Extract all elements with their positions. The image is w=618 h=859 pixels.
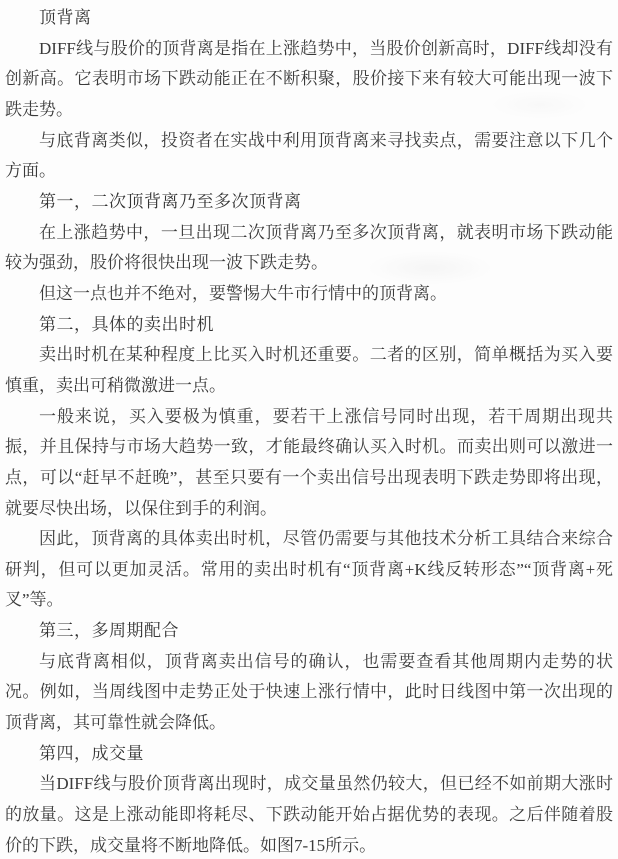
- paragraph: 但这一点也并不绝对，要警惕大牛市行情中的顶背离。: [5, 279, 613, 310]
- paragraph: 在上涨趋势中，一旦出现二次顶背离乃至多次顶背离，就表明市场下跌动能较为强劲，股价…: [5, 218, 613, 279]
- paragraph: 一般来说，买入要极为慎重，要若干上涨信号同时出现，若干周期出现共振，并且保持与市…: [5, 402, 613, 525]
- paragraph: 与底背离相似，顶背离卖出信号的确认，也需要查看其他周期内走势的状况。例如，当周线…: [5, 647, 613, 739]
- paragraph: DIFF线与股价的顶背离是指在上涨趋势中，当股价创新高时，DIFF线却没有创新高…: [5, 34, 613, 126]
- document-page: 顶背离 DIFF线与股价的顶背离是指在上涨趋势中，当股价创新高时，DIFF线却没…: [0, 0, 618, 859]
- section-heading-4: 第四，成交量: [5, 739, 613, 770]
- section-heading-3: 第三，多周期配合: [5, 616, 613, 647]
- document-title: 顶背离: [5, 3, 613, 34]
- paragraph: 与底背离类似，投资者在实战中利用顶背离来寻找卖点，需要注意以下几个方面。: [5, 126, 613, 187]
- paragraph: 因此，顶背离的具体卖出时机，尽管仍需要与其他技术分析工具结合来综合研判，但可以更…: [5, 524, 613, 616]
- paragraph: 卖出时机在某种程度上比买入时机还重要。二者的区别，简单概括为买入要慎重，卖出可稍…: [5, 340, 613, 401]
- section-heading-2: 第二，具体的卖出时机: [5, 310, 613, 341]
- paragraph: 当DIFF线与股价顶背离出现时，成交量虽然仍较大，但已经不如前期大涨时的放量。这…: [5, 769, 613, 859]
- section-heading-1: 第一，二次顶背离乃至多次顶背离: [5, 187, 613, 218]
